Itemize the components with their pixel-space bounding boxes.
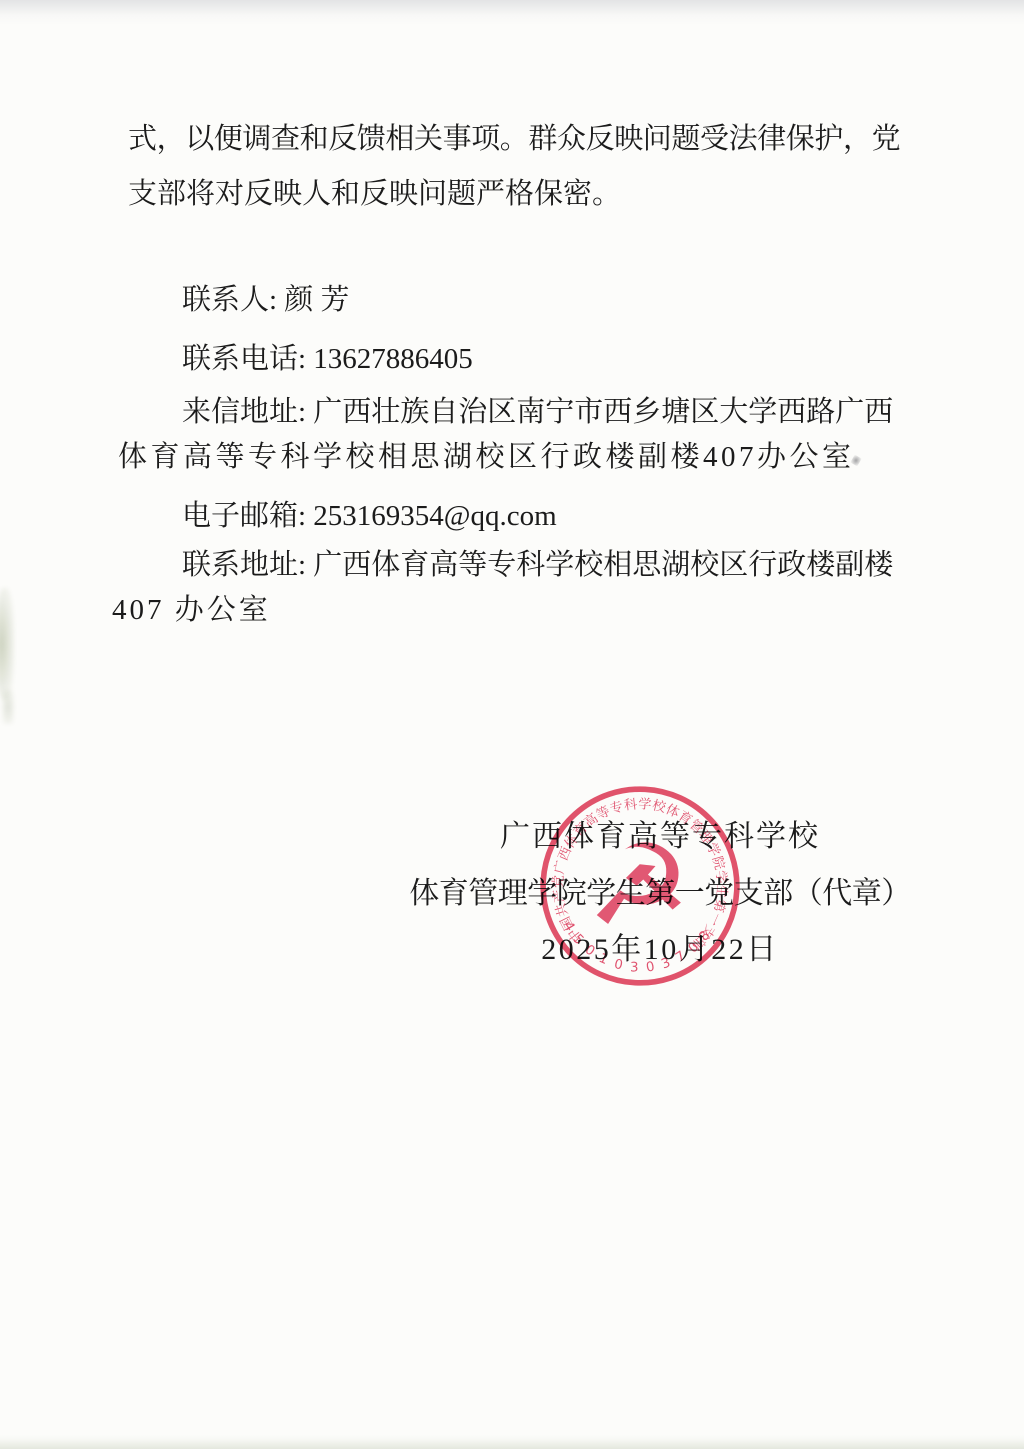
email-line: 电子邮箱: 253169354@qq.com	[128, 499, 557, 533]
contact-address-line-2: 407 办公室	[112, 593, 271, 627]
scan-smudge-left	[0, 588, 14, 700]
body-text-line-1: 式，以便调查和反馈相关事项。群众反映问题受法律保护，党	[128, 122, 900, 156]
scan-smudge-left-small	[2, 690, 14, 724]
scanned-document-page: 式，以便调查和反馈相关事项。群众反映问题受法律保护，党 支部将对反映人和反映问题…	[0, 0, 1024, 1449]
mailing-address-line-2: 体育高等专科学校相思湖校区行政楼副楼407办公室	[118, 440, 855, 474]
contact-person-line: 联系人: 颜 芳	[128, 283, 350, 317]
scan-edge-artifact-bottom	[0, 1435, 1024, 1449]
contact-phone-line: 联系电话: 13627886405	[128, 342, 473, 376]
scan-edge-artifact-top	[0, 0, 1024, 26]
official-seal-stamp: 中国共产党广西体育高等专科学校体育管理学院学生第一支部委员会 450103037…	[531, 777, 750, 996]
hammer-sickle-icon: ☭	[585, 817, 694, 955]
body-text-line-2: 支部将对反映人和反映问题严格保密。	[128, 177, 621, 211]
contact-address-line-1: 联系地址: 广西体育高等专科学校相思湖校区行政楼副楼	[128, 548, 893, 582]
mailing-address-line-1: 来信地址: 广西壮族自治区南宁市西乡塘区大学西路广西	[128, 395, 893, 429]
